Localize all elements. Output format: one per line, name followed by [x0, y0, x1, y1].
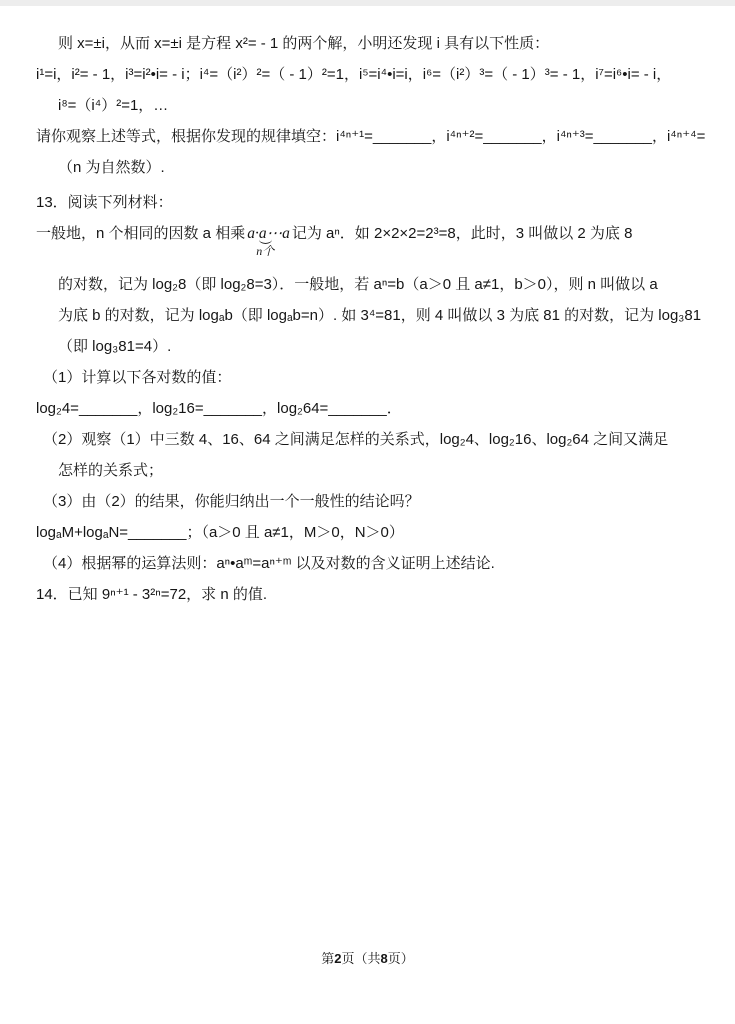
footer-suffix: 页） [388, 951, 414, 966]
problem-13-header: 13．阅读下列材料： [36, 187, 714, 218]
problem-13-material-line-1: 一般地，n 个相同的因数 a 相乘a·a⋯an个记为 aⁿ．如 2×2×2=2³… [36, 218, 714, 249]
problem-13-part2-continued: 怎样的关系式； [36, 455, 714, 486]
i-powers-line-1: i¹=i，i²= - 1，i³=i²•i= - i；i⁴=（i²）²=（ - 1… [36, 59, 714, 90]
material-text-prefix: 一般地，n 个相同的因数 a 相乘 [36, 225, 245, 242]
underbrace-label: n个 [256, 245, 274, 257]
page-content: 则 x=±i，从而 x=±i 是方程 x²= - 1 的两个解，小明还发现 i … [36, 28, 714, 610]
problem-13-material-line-2: 的对数，记为 log₂8（即 log₂8=3）．一般地，若 aⁿ=b（a＞0 且… [36, 269, 714, 300]
problem-13-part1: （1）计算以下各对数的值： [36, 362, 714, 393]
intro-line: 则 x=±i，从而 x=±i 是方程 x²= - 1 的两个解，小明还发现 i … [36, 28, 714, 59]
repeated-factors-expression: a·a⋯an个 [245, 218, 292, 249]
document-page: 则 x=±i，从而 x=±i 是方程 x²= - 1 的两个解，小明还发现 i … [0, 0, 735, 1024]
page-top-edge [0, 0, 735, 6]
material-text-suffix: 记为 aⁿ．如 2×2×2=2³=8，此时，3 叫做以 2 为底 8 [292, 225, 633, 242]
natural-number-note: （n 为自然数）. [36, 152, 714, 183]
footer-middle: 页（共 [341, 951, 380, 966]
problem-13-part1-blanks: log₂4=_______，log₂16=_______，log₂64=____… [36, 393, 714, 424]
problem-14: 14．已知 9ⁿ⁺¹ - 3²ⁿ=72，求 n 的值. [36, 579, 714, 610]
problem-13-part2: （2）观察（1）中三数 4、16、64 之间满足怎样的关系式，log₂4、log… [36, 424, 714, 455]
page-footer: 第2页（共8页） [0, 950, 735, 968]
i-powers-line-2: i⁸=（i⁴）²=1，… [36, 90, 714, 121]
footer-total-pages: 8 [381, 951, 388, 966]
problem-13-material-line-3: 为底 b 的对数，记为 logₐb（即 logₐb=n）. 如 3⁴=81，则 … [36, 300, 714, 331]
problem-13-part4: （4）根据幂的运算法则：aⁿ•aᵐ=aⁿ⁺ᵐ 以及对数的含义证明上述结论. [36, 548, 714, 579]
problem-13-part3: （3）由（2）的结果，你能归纳出一个一般性的结论吗？ [36, 486, 714, 517]
footer-prefix: 第 [321, 951, 334, 966]
fill-blank-prompt: 请你观察上述等式，根据你发现的规律填空：i⁴ⁿ⁺¹=_______，i⁴ⁿ⁺²=… [36, 121, 714, 152]
problem-13-material-line-4: （即 log₃81=4）. [36, 331, 714, 362]
problem-13-part3-formula: logₐM+logₐN=_______；（a＞0 且 a≠1，M＞0，N＞0） [36, 517, 714, 548]
